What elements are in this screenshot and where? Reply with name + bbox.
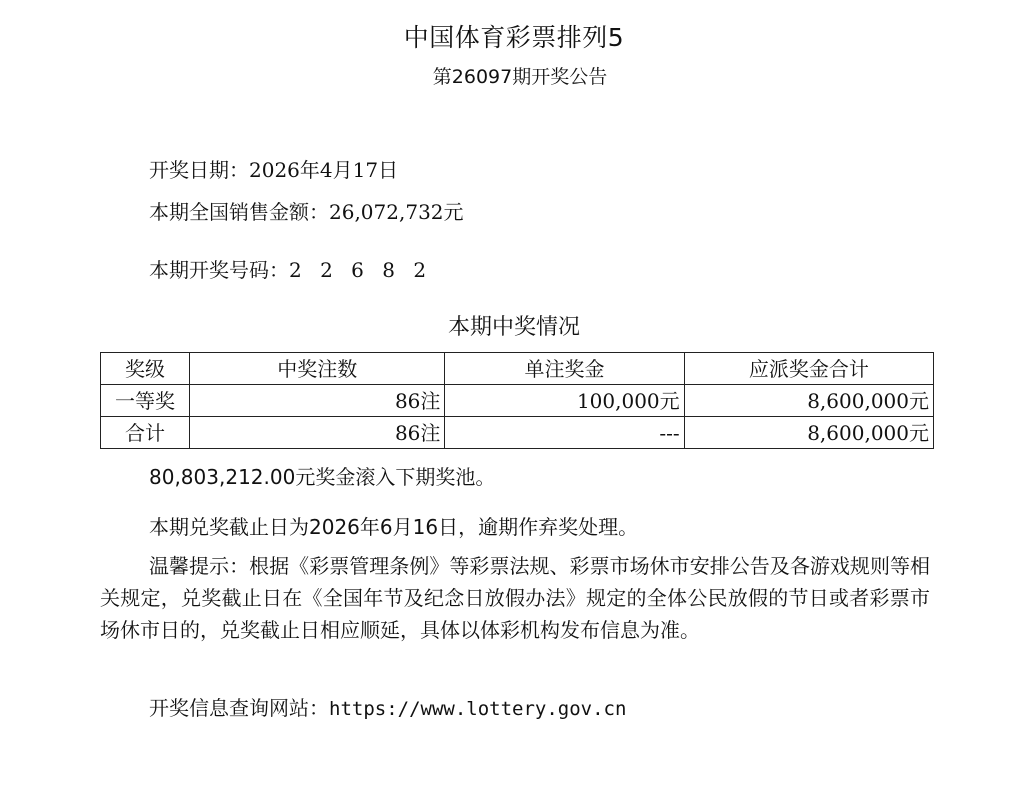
column-header-count: 中奖注数 [190, 353, 445, 385]
sales-line: 本期全国销售金额：26,072,732元 [149, 196, 464, 225]
prize-table-header: 奖级 中奖注数 单注奖金 应派奖金合计 [101, 353, 934, 385]
winning-numbers-line: 本期开奖号码：2 2 6 8 2 [149, 254, 432, 283]
sales-label: 本期全国销售金额： [149, 200, 329, 224]
website-line: 开奖信息查询网站：https://www.lottery.gov.cn [149, 692, 626, 721]
issue-subtitle: 第26097期开奖公告 [0, 62, 1028, 89]
unit-prize: 100,000元 [445, 385, 684, 417]
prize-section-title: 本期中奖情况 [0, 310, 1028, 341]
reminder-paragraph: 温馨提示：根据《彩票管理条例》等彩票法规、彩票市场休市安排公告及各游戏规则等相关… [100, 550, 930, 646]
prize-level: 合计 [101, 417, 190, 449]
draw-date-line: 开奖日期：2026年4月17日 [149, 154, 398, 183]
draw-date-value: 2026年4月17日 [249, 158, 398, 182]
website-label: 开奖信息查询网站： [149, 696, 329, 720]
rollover-note: 80,803,212.00元奖金滚入下期奖池。 [149, 461, 495, 490]
column-header-level: 奖级 [101, 353, 190, 385]
winning-numbers-value: 2 2 6 8 2 [289, 258, 432, 282]
deadline-note: 本期兑奖截止日为2026年6月16日，逾期作弃奖处理。 [149, 511, 638, 540]
website-link[interactable]: https://www.lottery.gov.cn [329, 698, 626, 720]
total-prize: 8,600,000元 [684, 385, 933, 417]
draw-date-label: 开奖日期： [149, 158, 249, 182]
prize-level: 一等奖 [101, 385, 190, 417]
table-row: 一等奖 86注 100,000元 8,600,000元 [101, 385, 934, 417]
total-prize: 8,600,000元 [684, 417, 933, 449]
sales-value: 26,072,732元 [329, 200, 464, 224]
winning-numbers-label: 本期开奖号码： [149, 258, 289, 282]
winner-count: 86注 [190, 385, 445, 417]
unit-prize: --- [445, 417, 684, 449]
winner-count: 86注 [190, 417, 445, 449]
column-header-total: 应派奖金合计 [684, 353, 933, 385]
column-header-unit-prize: 单注奖金 [445, 353, 684, 385]
page-title: 中国体育彩票排列5 [0, 18, 1028, 54]
prize-table: 奖级 中奖注数 单注奖金 应派奖金合计 一等奖 86注 100,000元 8,6… [100, 352, 934, 449]
table-row: 合计 86注 --- 8,600,000元 [101, 417, 934, 449]
